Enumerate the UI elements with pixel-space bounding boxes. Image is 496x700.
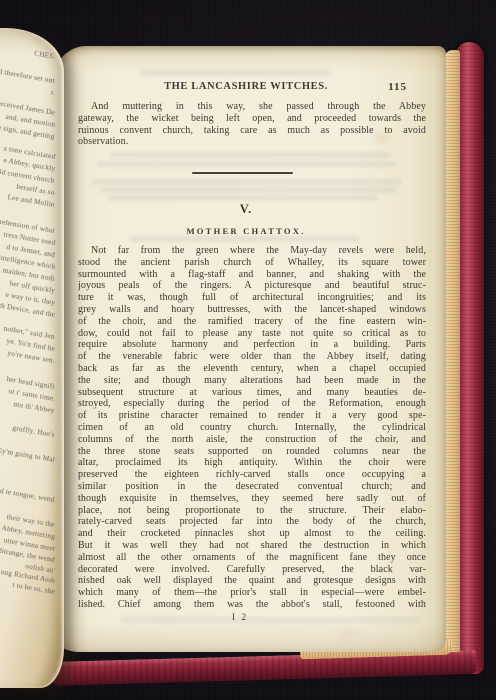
text-line: of the choir, and the ramified tracery o… [78,316,426,328]
section-divider-rule [192,172,293,174]
text-line: lished. Chief among them was the abbot's… [78,599,426,611]
text-line: grey walls and hoary buttresses, with th… [78,304,426,316]
text-line: joyous peals of the ringers. A picturesq… [78,280,426,292]
chapter-number: V. [72,202,420,217]
page-number: 115 [388,81,407,93]
left-page-text-fragment: r. [50,87,56,97]
text-line: ruinous convent church, taking care as m… [78,125,426,137]
page-text-area: THE LANCASHIRE WITCHES. 115 And mutterin… [78,46,426,652]
text-line: the site; and though many alterations ha… [78,375,426,387]
text-line: and their crocketed pinnacles shot up al… [78,528,426,540]
running-head: THE LANCASHIRE WITCHES. 115 [78,81,426,95]
text-line: the three stone seats supported on round… [78,446,426,458]
text-line: nished oak well displayed the quaint and… [78,575,426,587]
book-cover-right-edge [456,42,484,674]
intro-paragraph: And muttering in this way, she passed th… [78,101,426,148]
text-line: observation. [78,136,426,148]
left-page-text-fragment: gruffly. Hoo's [12,423,56,439]
text-line: preserved the eighteen richly-carved sta… [78,469,426,481]
left-page-text-fragment: owd te tongue, wend [0,484,56,504]
text-line: And muttering in this way, she passed th… [78,101,426,113]
text-line: rately-carved seats projected far into t… [78,516,426,528]
text-line: cimen of an old country church. Internal… [78,422,426,434]
body-paragraph: Not far from the green where the May-day… [78,245,426,611]
text-line: require absolute harmony and perfection … [78,339,426,351]
chapter-title: MOTHER CHATTOX. [72,226,420,236]
text-line: though exquisite in themselves, they see… [78,493,426,505]
text-line: surmounted with a flag-staff and banner,… [78,269,426,281]
text-line: subsequent structure at various times, a… [78,387,426,399]
text-line: columns of the north aisle, the construc… [78,434,426,446]
running-header-title: THE LANCASHIRE WITCHES. [72,81,420,92]
text-line: of the venerable fabric were older than … [78,351,426,363]
text-line: dow, could not fail to please any taste … [78,328,426,340]
text-line: But it was well they had not shared the … [78,540,426,552]
text-line: which many of them—the prior's stall in … [78,587,426,599]
text-line: of its pristine character remained to re… [78,410,426,422]
left-page-partial: CHES.d therefore set outr.perceived Jame… [0,28,64,688]
page-edges-right [444,50,460,652]
left-page-text-fragment: d therefore set out [0,67,56,85]
text-line: similar position in the desecrated conve… [78,481,426,493]
text-line: Not far from the green where the May-day… [78,245,426,257]
signature-mark: I 2 [66,613,414,623]
text-line: gateway, the wicket being left open, and… [78,113,426,125]
left-page-text-fragment: Ey'm going to Mal [0,445,56,463]
book-photo-scene: THE LANCASHIRE WITCHES. 115 And mutterin… [0,0,496,700]
right-page: THE LANCASHIRE WITCHES. 115 And mutterin… [50,46,446,652]
left-page-text-fragment: CHES. [33,49,56,61]
text-line: place, not being proportionate to the st… [78,505,426,517]
text-line: back as far as the eleventh century, whe… [78,363,426,375]
text-line: decorated were involved. Carefully prese… [78,564,426,576]
text-line: stroyed, especially during the period of… [78,398,426,410]
text-line: stood the ancient parish church of Whall… [78,257,426,269]
text-line: ture it was, though full of architectura… [78,292,426,304]
text-line: almost all the other ornaments of the ma… [78,552,426,564]
text-line: altar, proclaimed its high antiquity. Wi… [78,457,426,469]
